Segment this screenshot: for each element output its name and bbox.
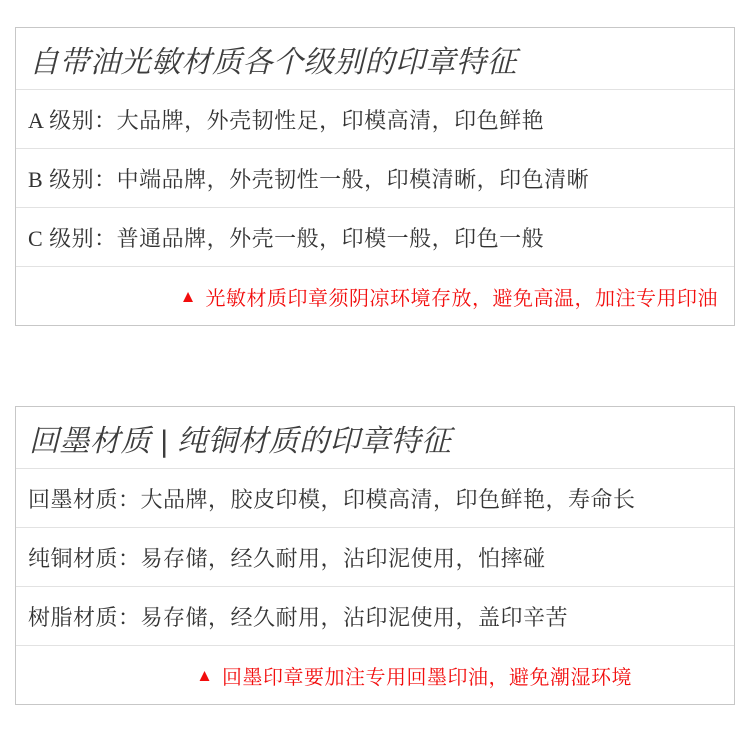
- page: 自带油光敏材质各个级别的印章特征 A 级别：大品牌，外壳韧性足，印模高清，印色鲜…: [0, 0, 750, 750]
- table-row-grade-c: C 级别：普通品牌，外壳一般，印模一般，印色一般: [16, 207, 734, 266]
- warning-text: 光敏材质印章须阴凉环境存放，避免高温，加注专用印油: [206, 282, 719, 311]
- table-row-back-ink: 回墨材质：大品牌，胶皮印模，印模高清，印色鲜艳，寿命长: [16, 468, 734, 527]
- card-header: 回墨材质 | 纯铜材质的印章特征: [16, 407, 734, 468]
- warning-triangle-icon: ▲: [180, 288, 197, 305]
- table-row-pure-copper: 纯铜材质：易存储，经久耐用，沾印泥使用，怕摔碰: [16, 527, 734, 586]
- photosensitive-seal-card: 自带油光敏材质各个级别的印章特征 A 级别：大品牌，外壳韧性足，印模高清，印色鲜…: [15, 27, 735, 326]
- warning-text: 回墨印章要加注专用回墨印油，避免潮湿环境: [222, 661, 632, 690]
- warning-row: ▲ 回墨印章要加注专用回墨印油，避免潮湿环境: [16, 645, 734, 704]
- table-row-grade-b: B 级别：中端品牌，外壳韧性一般，印模清晰，印色清晰: [16, 148, 734, 207]
- row-text: C 级别：普通品牌，外壳一般，印模一般，印色一般: [28, 222, 544, 253]
- warning-triangle-icon: ▲: [196, 667, 213, 684]
- card-title: 回墨材质 | 纯铜材质的印章特征: [29, 416, 451, 460]
- row-text: B 级别：中端品牌，外壳韧性一般，印模清晰，印色清晰: [28, 163, 589, 194]
- card-title: 自带油光敏材质各个级别的印章特征: [29, 37, 517, 81]
- warning-row: ▲ 光敏材质印章须阴凉环境存放，避免高温，加注专用印油: [16, 266, 734, 325]
- card-header: 自带油光敏材质各个级别的印章特征: [16, 28, 734, 89]
- row-text: 回墨材质：大品牌，胶皮印模，印模高清，印色鲜艳，寿命长: [28, 483, 636, 514]
- row-text: 树脂材质：易存储，经久耐用，沾印泥使用，盖印辛苦: [28, 601, 568, 632]
- row-text: A 级别：大品牌，外壳韧性足，印模高清，印色鲜艳: [28, 104, 544, 135]
- table-row-resin: 树脂材质：易存储，经久耐用，沾印泥使用，盖印辛苦: [16, 586, 734, 645]
- back-ink-copper-seal-card: 回墨材质 | 纯铜材质的印章特征 回墨材质：大品牌，胶皮印模，印模高清，印色鲜艳…: [15, 406, 735, 705]
- row-text: 纯铜材质：易存储，经久耐用，沾印泥使用，怕摔碰: [28, 542, 546, 573]
- table-row-grade-a: A 级别：大品牌，外壳韧性足，印模高清，印色鲜艳: [16, 89, 734, 148]
